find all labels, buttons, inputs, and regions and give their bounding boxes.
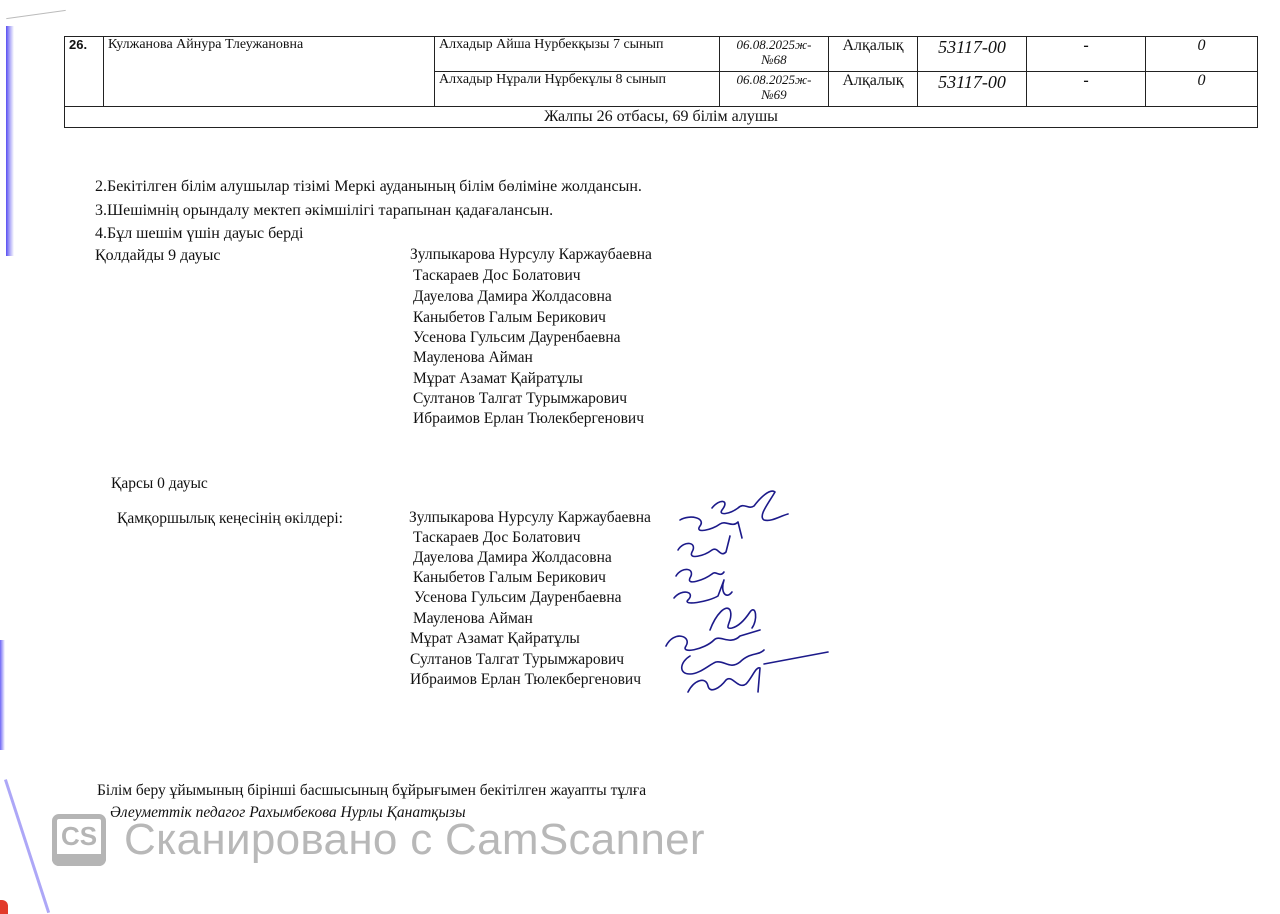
board-member-name: Дауелова Дамира Жолдасовна xyxy=(413,549,612,567)
camscanner-watermark: CS Сканировано с CamScanner xyxy=(52,814,705,866)
signature-1 xyxy=(712,491,788,520)
empty-cell: - xyxy=(1027,72,1146,107)
voter-name: Султанов Талгат Турымжарович xyxy=(413,390,627,408)
camscanner-logo-icon: CS xyxy=(52,814,106,866)
board-member-name: Усенова Гульсим Дауренбаевна xyxy=(414,589,622,607)
table-row: 26. Кулжанова Айнура Тлеужановна Алхадыр… xyxy=(65,37,1258,72)
board-member-name: Таскараев Дос Болатович xyxy=(413,529,581,547)
empty-cell: - xyxy=(1027,37,1146,72)
scanned-document-page: 26. Кулжанова Айнура Тлеужановна Алхадыр… xyxy=(0,0,1280,914)
handwritten-signatures xyxy=(660,480,840,710)
budget-code: 53117-00 xyxy=(918,72,1027,107)
row-number: 26. xyxy=(65,37,104,107)
board-label: Қамқоршылық кеңесінің өкілдері: xyxy=(117,510,343,528)
signature-5 xyxy=(674,580,732,603)
voter-name: Таскараев Дос Болатович xyxy=(413,267,581,285)
board-member-name: Султанов Талгат Турымжарович xyxy=(410,651,624,669)
order-date: 06.08.2025ж-№69 xyxy=(720,72,829,107)
student-name: Алхадыр Айша Нурбекқызы 7 сынып xyxy=(435,37,720,72)
scan-edge-artifact-top xyxy=(6,26,14,256)
voter-name: Каныбетов Галым Берикович xyxy=(413,309,606,327)
meal-type: Алқалық xyxy=(829,72,918,107)
decision-item-3: 3.Шешімнің орындалу мектеп әкімшілігі та… xyxy=(95,202,553,220)
votes-against-label: Қарсы 0 дауыс xyxy=(111,475,208,493)
students-table: 26. Кулжанова Айнура Тлеужановна Алхадыр… xyxy=(64,36,1258,128)
scan-edge-artifact-diagonal xyxy=(4,779,50,913)
voter-name: Зулпыкарова Нурсулу Каржаубаевна xyxy=(410,246,652,264)
signature-7 xyxy=(666,630,760,650)
responsible-person-line: Білім беру ұйымының бірінші басшысының б… xyxy=(97,782,646,800)
board-member-name: Каныбетов Галым Берикович xyxy=(413,569,606,587)
budget-code: 53117-00 xyxy=(918,37,1027,72)
voter-name: Мұрат Азамат Қайратұлы xyxy=(413,370,583,388)
board-member-name: Мауленова Айман xyxy=(413,610,533,628)
watermark-text: Сканировано с CamScanner xyxy=(124,815,705,865)
table-total-row: Жалпы 26 отбасы, 69 білім алушы xyxy=(65,107,1258,128)
meal-type: Алқалық xyxy=(829,37,918,72)
decision-item-4: 4.Бұл шешім үшін дауыс берді xyxy=(95,225,304,243)
signature-4 xyxy=(676,569,724,581)
voter-name: Дауелова Дамира Жолдасовна xyxy=(413,288,612,306)
scan-edge-artifact-red xyxy=(0,900,8,914)
value-cell: 0 xyxy=(1146,72,1258,107)
board-member-name: Ибраимов Ерлан Тюлекбергенович xyxy=(410,671,641,689)
signature-9 xyxy=(688,652,828,692)
order-date: 06.08.2025ж-№68 xyxy=(720,37,829,72)
parent-name: Кулжанова Айнура Тлеужановна xyxy=(104,37,435,107)
scan-edge-artifact-middle xyxy=(0,640,5,750)
voter-name: Мауленова Айман xyxy=(413,349,533,367)
table-total: Жалпы 26 отбасы, 69 білім алушы xyxy=(65,107,1258,128)
voter-name: Усенова Гульсим Дауренбаевна xyxy=(413,329,621,347)
voter-name: Ибраимов Ерлан Тюлекбергенович xyxy=(413,410,644,428)
signature-2 xyxy=(680,517,742,538)
board-member-name: Мұрат Азамат Қайратұлы xyxy=(410,630,580,648)
decision-item-2: 2.Бекітілген білім алушылар тізімі Меркі… xyxy=(95,178,642,196)
signature-6 xyxy=(710,608,756,630)
signature-3 xyxy=(678,536,730,556)
scan-edge-line xyxy=(6,10,66,19)
student-name: Алхадыр Нұрали Нұрбекұлы 8 сынып xyxy=(435,72,720,107)
signature-8 xyxy=(682,650,764,674)
board-member-name: Зулпыкарова Нурсулу Каржаубаевна xyxy=(409,509,651,527)
votes-for-label: Қолдайды 9 дауыс xyxy=(95,247,220,265)
value-cell: 0 xyxy=(1146,37,1258,72)
